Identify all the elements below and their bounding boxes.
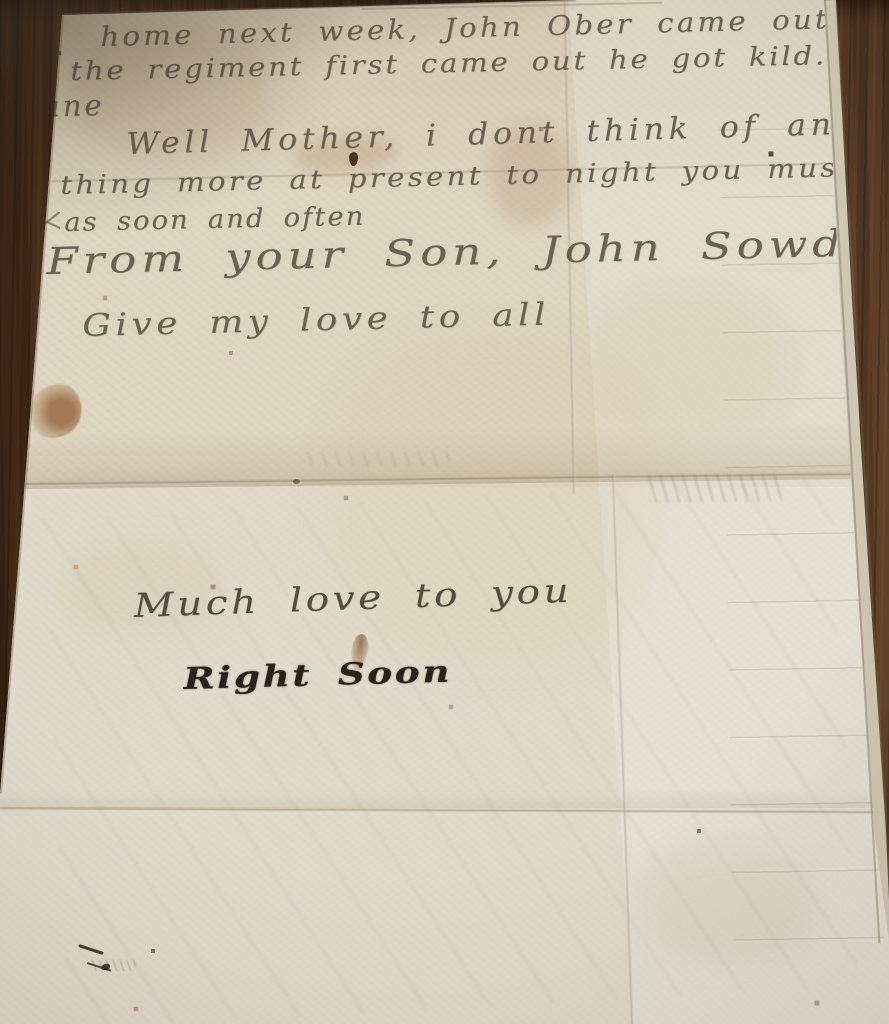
faint-scratch-marks (90, 960, 136, 971)
ink-mark-on-crease (293, 479, 300, 484)
right-soon-line: Right Soon (183, 654, 453, 696)
photo-of-handwritten-letter: home next week, John Ober came out when … (0, 0, 889, 1024)
pencil-smudge-marks (646, 473, 782, 503)
pencil-smudge-marks (300, 452, 450, 466)
fold-shading-lower (0, 790, 889, 808)
letter-paper: home next week, John Ober came out when … (0, 0, 889, 1024)
handwriting-line-6: as soon and often (64, 202, 366, 238)
ghost-writing-bleed-through (42, 478, 858, 1024)
